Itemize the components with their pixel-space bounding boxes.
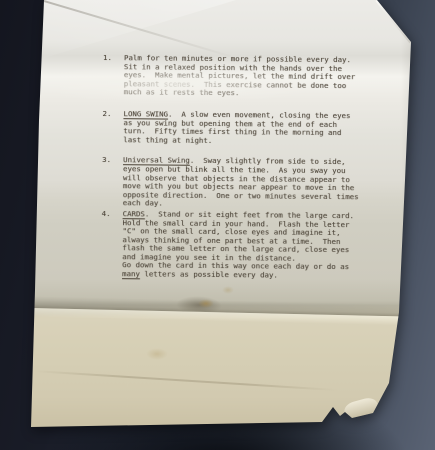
item-line: Sit in a relaxed position with the hands… <box>124 63 355 74</box>
item-number: 3. <box>102 156 123 208</box>
item-line: "C" on the small card, close eyes and im… <box>122 227 353 238</box>
typed-item: 4.CARDS. Stand or sit eight feet from th… <box>101 210 374 281</box>
torn-corner-curl <box>343 396 380 420</box>
item-line: Palm for ten minutes or more if possible… <box>124 54 355 65</box>
typed-item: 3.Universal Swing. Sway slightly from si… <box>102 156 374 210</box>
item-body: CARDS. Stand or sit eight feet from the … <box>122 210 354 281</box>
paper-sheet: 1.Palm for ten minutes or more if possib… <box>0 0 435 450</box>
item-number: 2. <box>102 110 123 145</box>
item-line: opposite direction. One or two minutes s… <box>123 191 359 202</box>
fold-glare <box>60 58 390 106</box>
item-line: CARDS. Stand or sit eight feet from the … <box>123 210 354 221</box>
top-left-fold-highlight <box>44 0 236 58</box>
item-line: eyes. Make mental pictures, let the mind… <box>124 71 355 82</box>
paper-stain <box>146 348 168 360</box>
underlined-word: many <box>122 269 140 278</box>
bottom-diagonal-crease <box>33 370 338 391</box>
folded-paper: 1.Palm for ten minutes or more if possib… <box>0 0 435 450</box>
item-line: as you swing but opening them at the end… <box>123 119 350 130</box>
item-line-text: . A slow even movement, closing the eyes <box>168 110 351 121</box>
item-line: each day. <box>123 199 359 210</box>
item-line: LONG SWING. A slow even movement, closin… <box>123 110 350 121</box>
typed-text: 1.Palm for ten minutes or more if possib… <box>101 54 375 281</box>
item-line: turn. Fifty times first thing in the mor… <box>123 127 350 138</box>
item-body: LONG SWING. A slow even movement, closin… <box>123 110 350 146</box>
item-line: Universal Swing. Sway slightly from side… <box>123 157 359 168</box>
top-left-fold-crease <box>43 0 235 59</box>
center-crease-pinch <box>176 295 222 312</box>
item-line-text: letters as possible every day. <box>140 269 278 279</box>
item-line-text: . Stand or sit eight feet from the large… <box>145 209 354 220</box>
item-line: eyes open but blink all the time. As you… <box>123 165 359 176</box>
item-body: Universal Swing. Sway slightly from side… <box>123 157 359 211</box>
item-heading: CARDS <box>123 209 145 218</box>
item-line: many letters as possible every day. <box>122 270 353 281</box>
middle-fold-highlight <box>31 308 403 325</box>
item-line: move with you but objects near appear to… <box>123 182 359 193</box>
item-number: 4. <box>101 210 123 279</box>
item-body: Palm for ten minutes or more if possible… <box>124 54 356 99</box>
item-line: last thing at night. <box>123 136 350 147</box>
paper-stain <box>222 286 234 294</box>
typed-item: 2.LONG SWING. A slow even movement, clos… <box>102 110 374 147</box>
item-heading: LONG SWING <box>123 109 168 118</box>
item-heading: Universal Swing <box>123 156 190 166</box>
typed-item: 1.Palm for ten minutes or more if possib… <box>103 54 375 99</box>
middle-fold-shadow <box>31 296 403 316</box>
paper-stain <box>198 299 214 308</box>
item-line-text: . Sway slightly from side to side, <box>190 156 346 166</box>
item-line: Hold the small card in your hand. Flash … <box>122 219 353 230</box>
photo-background: 1.Palm for ten minutes or more if possib… <box>0 0 435 450</box>
item-line: always thinking of one part best at a ti… <box>122 236 353 247</box>
item-number: 1. <box>103 54 124 97</box>
item-line: Go down the card in this way once each d… <box>122 262 353 273</box>
item-line: will observe that objects in the distanc… <box>123 174 359 185</box>
item-line-text: Palm for ten minutes or more if possible… <box>124 53 351 64</box>
item-line: flash the same letter on the large card,… <box>122 244 353 255</box>
item-line: pleasant scenes. This exercise cannot be… <box>124 80 355 91</box>
item-line: much as it rests the eyes. <box>124 89 355 100</box>
item-line: and imagine you see it in the distance. <box>122 253 353 264</box>
top-right-corner-fold <box>375 0 411 43</box>
